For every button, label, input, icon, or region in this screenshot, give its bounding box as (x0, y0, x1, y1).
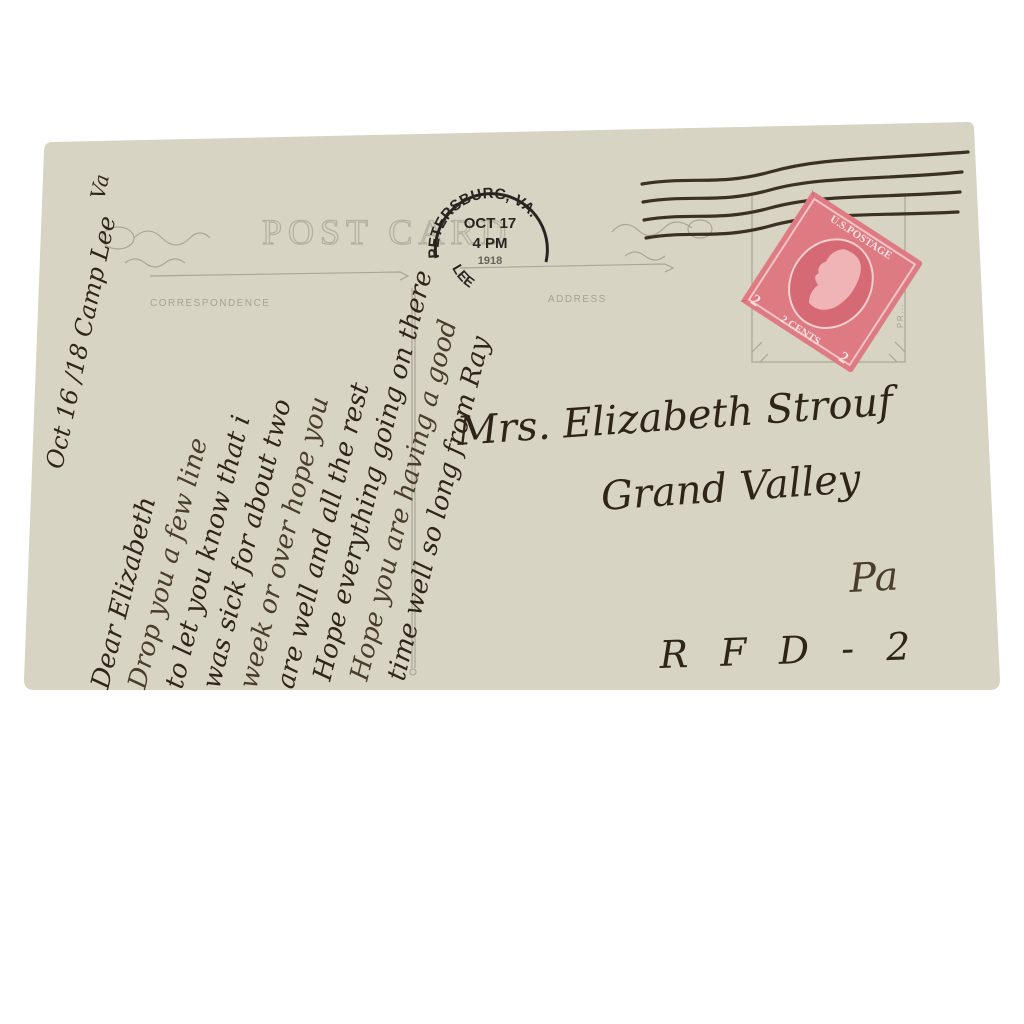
postmark-date: OCT 17 (464, 215, 517, 232)
address-label: ADDRESS (548, 294, 607, 305)
stamp-box-text: PR... (896, 303, 905, 328)
postcard-photo: POST CARD CORRESPONDENCE ADDRESS PR... (0, 0, 1024, 1024)
address-line-state: Pa (847, 553, 899, 602)
address-line-rfd: R F D - 2 (658, 624, 921, 677)
message-dateline-place: Va (85, 172, 114, 201)
postmark-year: 1918 (478, 255, 502, 267)
correspondence-label: CORRESPONDENCE (150, 298, 270, 309)
postmark-time: 4 PM (472, 235, 507, 252)
